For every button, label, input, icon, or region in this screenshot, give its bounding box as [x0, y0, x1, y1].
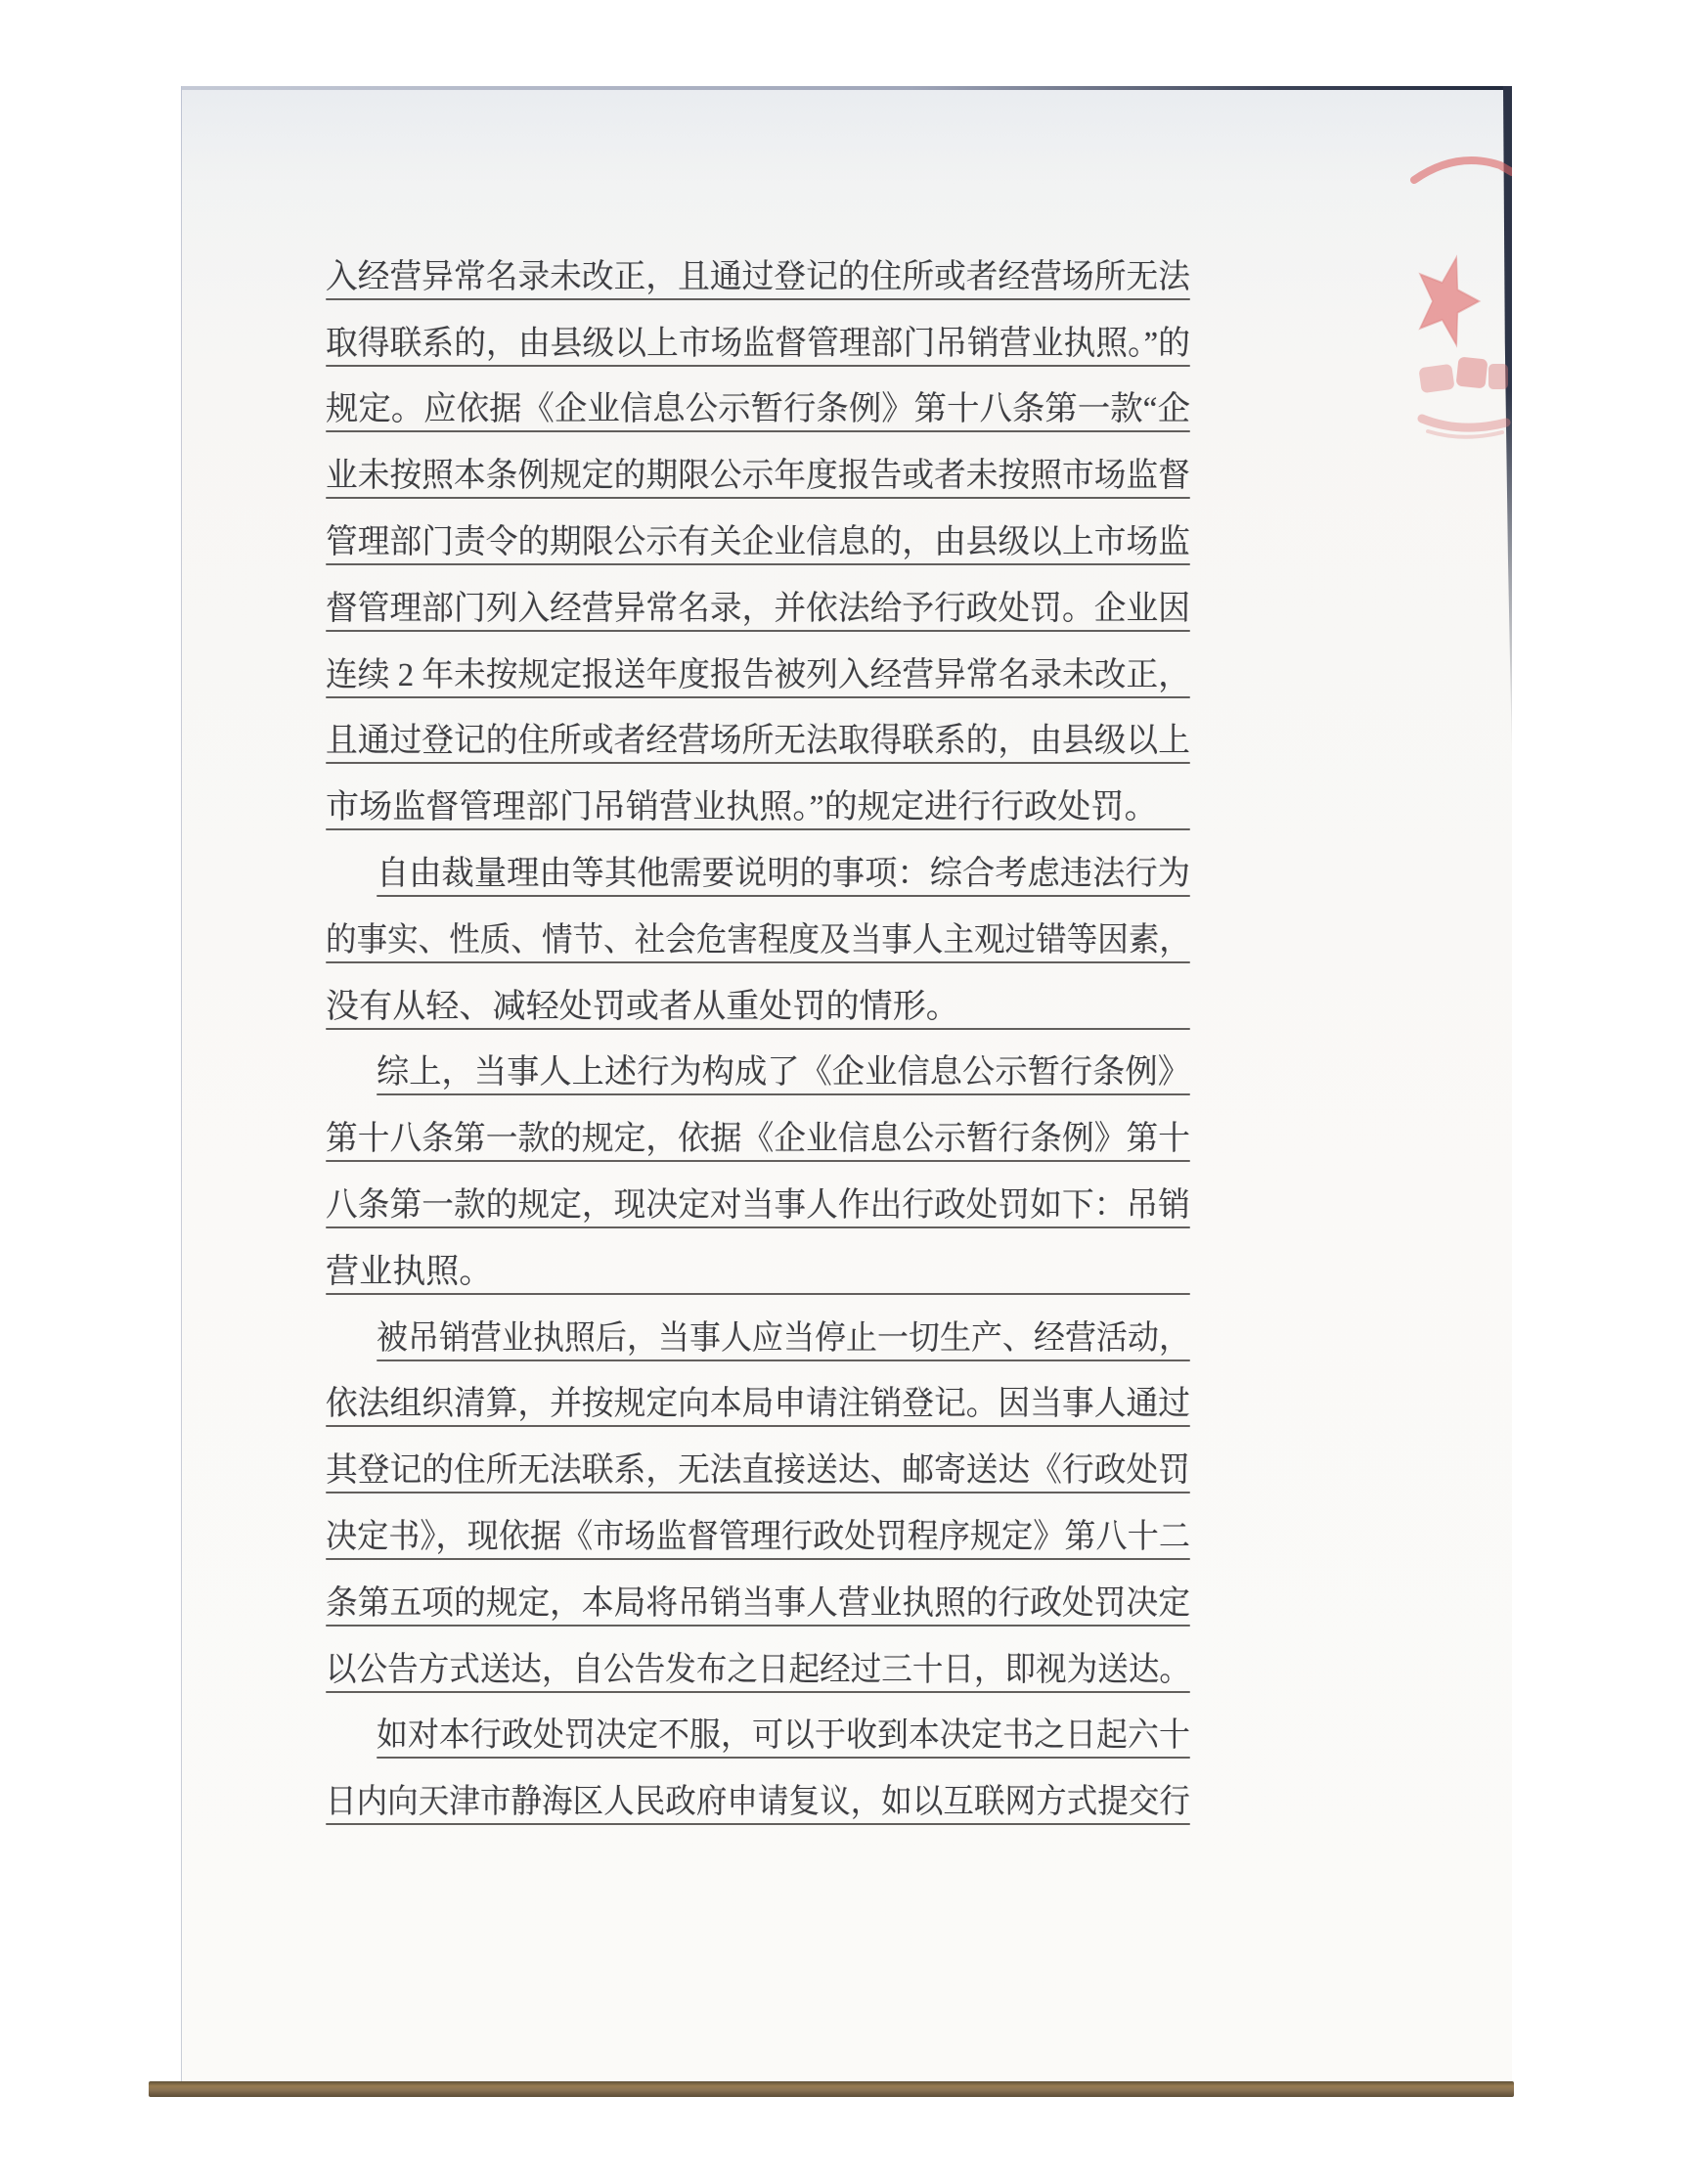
text-line: 综上，当事人上述行为构成了《企业信息公示暂行条例》 [326, 1033, 1190, 1099]
line-text: 规定。应依据《企业信息公示暂行条例》第十八条第一款“企 [326, 393, 1190, 426]
document-body: 入经营异常名录未改正，且通过登记的住所或者经营场所无法取得联系的，由县级以上市场… [326, 237, 1190, 1828]
line-underline [377, 895, 1190, 897]
line-underline [326, 1028, 1190, 1030]
text-line: 条第五项的规定，本局将吊销当事人营业执照的行政处罚决定 [326, 1563, 1190, 1629]
line-underline [326, 1492, 1190, 1493]
text-line: 日内向天津市静海区人民政府申请复议，如以互联网方式提交行 [326, 1761, 1190, 1828]
line-text: 决定书》，现依据《市场监督管理行政处罚程序规定》第八十二 [326, 1521, 1190, 1554]
line-text: 入经营异常名录未改正，且通过登记的住所或者经营场所无法 [326, 261, 1190, 294]
line-text: 其登记的住所无法联系，无法直接送达、邮寄送达《行政处罚 [326, 1454, 1190, 1488]
text-line: 管理部门责令的期限公示有关企业信息的，由县级以上市场监 [326, 502, 1190, 568]
text-line: 以公告方式送达，自公告发布之日起经过三十日，即视为送达。 [326, 1629, 1190, 1696]
text-line: 业未按照本条例规定的期限公示年度报告或者未按照市场监督 [326, 435, 1190, 502]
line-text: 连续 2 年未按规定报送年度报告被列入经营异常名录未改正， [326, 659, 1190, 692]
paper-top-edge [182, 86, 1512, 90]
line-text: 自由裁量理由等其他需要说明的事项：综合考虑违法行为 [377, 858, 1190, 891]
text-line: 的事实、性质、情节、社会危害程度及当事人主观过错等因素， [326, 900, 1190, 966]
text-line: 第十八条第一款的规定，依据《企业信息公示暂行条例》第十 [326, 1098, 1190, 1165]
line-text: 业未按照本条例规定的期限公示年度报告或者未按照市场监督 [326, 460, 1190, 493]
text-line: 市场监督管理部门吊销营业执照。”的规定进行行政处罚。 [326, 767, 1190, 833]
text-line: 没有从轻、减轻处罚或者从重处罚的情形。 [326, 966, 1190, 1033]
text-line: 营业执照。 [326, 1231, 1190, 1298]
text-line: 如对本行政处罚决定不服，可以于收到本决定书之日起六十 [326, 1696, 1190, 1762]
paper-right-edge-shadow [1503, 86, 1512, 761]
line-underline [326, 298, 1190, 300]
line-text: 督管理部门列入经营异常名录，并依法给予行政处罚。企业因 [326, 593, 1190, 626]
line-text: 日内向天津市静海区人民政府申请复议，如以互联网方式提交行 [326, 1786, 1190, 1819]
photo-canvas: 入经营异常名录未改正，且通过登记的住所或者经营场所无法取得联系的，由县级以上市场… [0, 0, 1688, 2184]
line-underline [326, 430, 1190, 432]
line-underline [377, 1093, 1190, 1095]
line-underline [326, 696, 1190, 698]
line-underline [326, 1558, 1190, 1560]
line-underline [326, 563, 1190, 565]
line-underline [326, 762, 1190, 764]
text-line: 取得联系的，由县级以上市场监督管理部门吊销营业执照。”的 [326, 303, 1190, 370]
seal-star-icon [1409, 244, 1487, 350]
line-text: 综上，当事人上述行为构成了《企业信息公示暂行条例》 [377, 1056, 1190, 1090]
document-page: 入经营异常名录未改正，且通过登记的住所或者经营场所无法取得联系的，由县级以上市场… [181, 86, 1512, 2082]
line-text: 管理部门责令的期限公示有关企业信息的，由县级以上市场监 [326, 526, 1190, 559]
line-underline [326, 1691, 1190, 1693]
line-text: 八条第一款的规定，现决定对当事人作出行政处罚如下：吊销 [326, 1189, 1190, 1223]
line-text: 条第五项的规定，本局将吊销当事人营业执照的行政处罚决定 [326, 1587, 1190, 1621]
line-text: 以公告方式送达，自公告发布之日起经过三十日，即视为送达。 [326, 1654, 1190, 1687]
seal-text-fragments [1418, 357, 1508, 437]
red-seal-stamp [1363, 133, 1512, 458]
text-line: 规定。应依据《企业信息公示暂行条例》第十八条第一款“企 [326, 370, 1190, 436]
line-text: 如对本行政处罚决定不服，可以于收到本决定书之日起六十 [377, 1719, 1190, 1753]
text-line: 决定书》，现依据《市场监督管理行政处罚程序规定》第八十二 [326, 1496, 1190, 1563]
line-text: 营业执照。 [326, 1256, 493, 1289]
line-underline [326, 1425, 1190, 1427]
line-underline [326, 961, 1190, 963]
desk-edge [149, 2081, 1514, 2097]
line-text: 且通过登记的住所或者经营场所无法取得联系的，由县级以上 [326, 725, 1190, 758]
text-line: 连续 2 年未按规定报送年度报告被列入经营异常名录未改正， [326, 635, 1190, 701]
line-underline [326, 630, 1190, 632]
text-line: 自由裁量理由等其他需要说明的事项：综合考虑违法行为 [326, 833, 1190, 900]
line-text: 被吊销营业执照后，当事人应当停止一切生产、经营活动， [377, 1322, 1190, 1356]
line-text: 的事实、性质、情节、社会危害程度及当事人主观过错等因素， [326, 924, 1190, 958]
line-underline [377, 1359, 1190, 1361]
seal-rim-arc-top [1414, 160, 1512, 180]
line-underline [326, 1823, 1190, 1825]
line-underline [326, 1160, 1190, 1162]
line-text: 取得联系的，由县级以上市场监督管理部门吊销营业执照。”的 [326, 328, 1190, 361]
line-text: 市场监督管理部门吊销营业执照。”的规定进行行政处罚。 [326, 791, 1158, 825]
text-line: 其登记的住所无法联系，无法直接送达、邮寄送达《行政处罚 [326, 1430, 1190, 1496]
text-line: 督管理部门列入经营异常名录，并依法给予行政处罚。企业因 [326, 568, 1190, 635]
text-line: 入经营异常名录未改正，且通过登记的住所或者经营场所无法 [326, 237, 1190, 303]
line-underline [326, 1226, 1190, 1228]
text-line: 八条第一款的规定，现决定对当事人作出行政处罚如下：吊销 [326, 1165, 1190, 1231]
line-underline [377, 1757, 1190, 1759]
text-line: 依法组织清算，并按规定向本局申请注销登记。因当事人通过 [326, 1364, 1190, 1431]
text-line: 且通过登记的住所或者经营场所无法取得联系的，由县级以上 [326, 701, 1190, 768]
line-underline [326, 365, 1190, 367]
line-text: 依法组织清算，并按规定向本局申请注销登记。因当事人通过 [326, 1388, 1190, 1421]
line-underline [326, 1293, 1190, 1295]
line-underline [326, 497, 1190, 499]
line-text: 第十八条第一款的规定，依据《企业信息公示暂行条例》第十 [326, 1123, 1190, 1156]
line-underline [326, 1625, 1190, 1627]
text-line: 被吊销营业执照后，当事人应当停止一切生产、经营活动， [326, 1298, 1190, 1364]
line-text: 没有从轻、减轻处罚或者从重处罚的情形。 [326, 991, 959, 1024]
line-underline [326, 828, 1190, 830]
